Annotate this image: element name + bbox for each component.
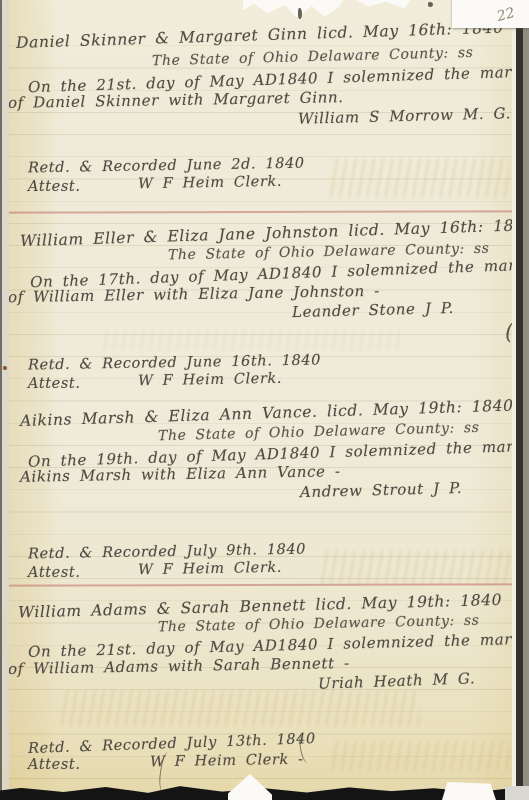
torn-paper-patch: [505, 786, 529, 800]
paper-speck: [3, 366, 7, 370]
torn-paper-patch: [442, 782, 496, 800]
attest-label: Attest.: [28, 757, 81, 773]
page-edge-right-dark: [516, 0, 523, 800]
attest-label: Attest.: [28, 376, 81, 392]
ledger-scan: Daniel Skinner & Margaret Ginn licd. May…: [0, 0, 529, 800]
attest-label: Attest.: [28, 179, 81, 195]
clerk-signature: W F Heim Clerk.: [138, 371, 282, 390]
torn-paper-patch: [452, 0, 529, 28]
adjacent-page-edge: [523, 0, 529, 800]
paper-speck: [298, 8, 302, 19]
ink-showthrough: [330, 740, 510, 770]
clerk-signature: W F Heim Clerk.: [138, 174, 282, 193]
clerk-signature: W F Heim Clerk -: [150, 752, 304, 771]
ink-showthrough: [320, 550, 510, 584]
ink-showthrough: [100, 330, 400, 350]
clerk-signature: W F Heim Clerk.: [138, 560, 282, 579]
page-edge-left-light: [2, 0, 9, 800]
attest-label: Attest.: [28, 565, 81, 581]
ink-showthrough: [60, 690, 420, 726]
paper-speck: [428, 2, 433, 7]
ink-showthrough: [330, 158, 510, 198]
